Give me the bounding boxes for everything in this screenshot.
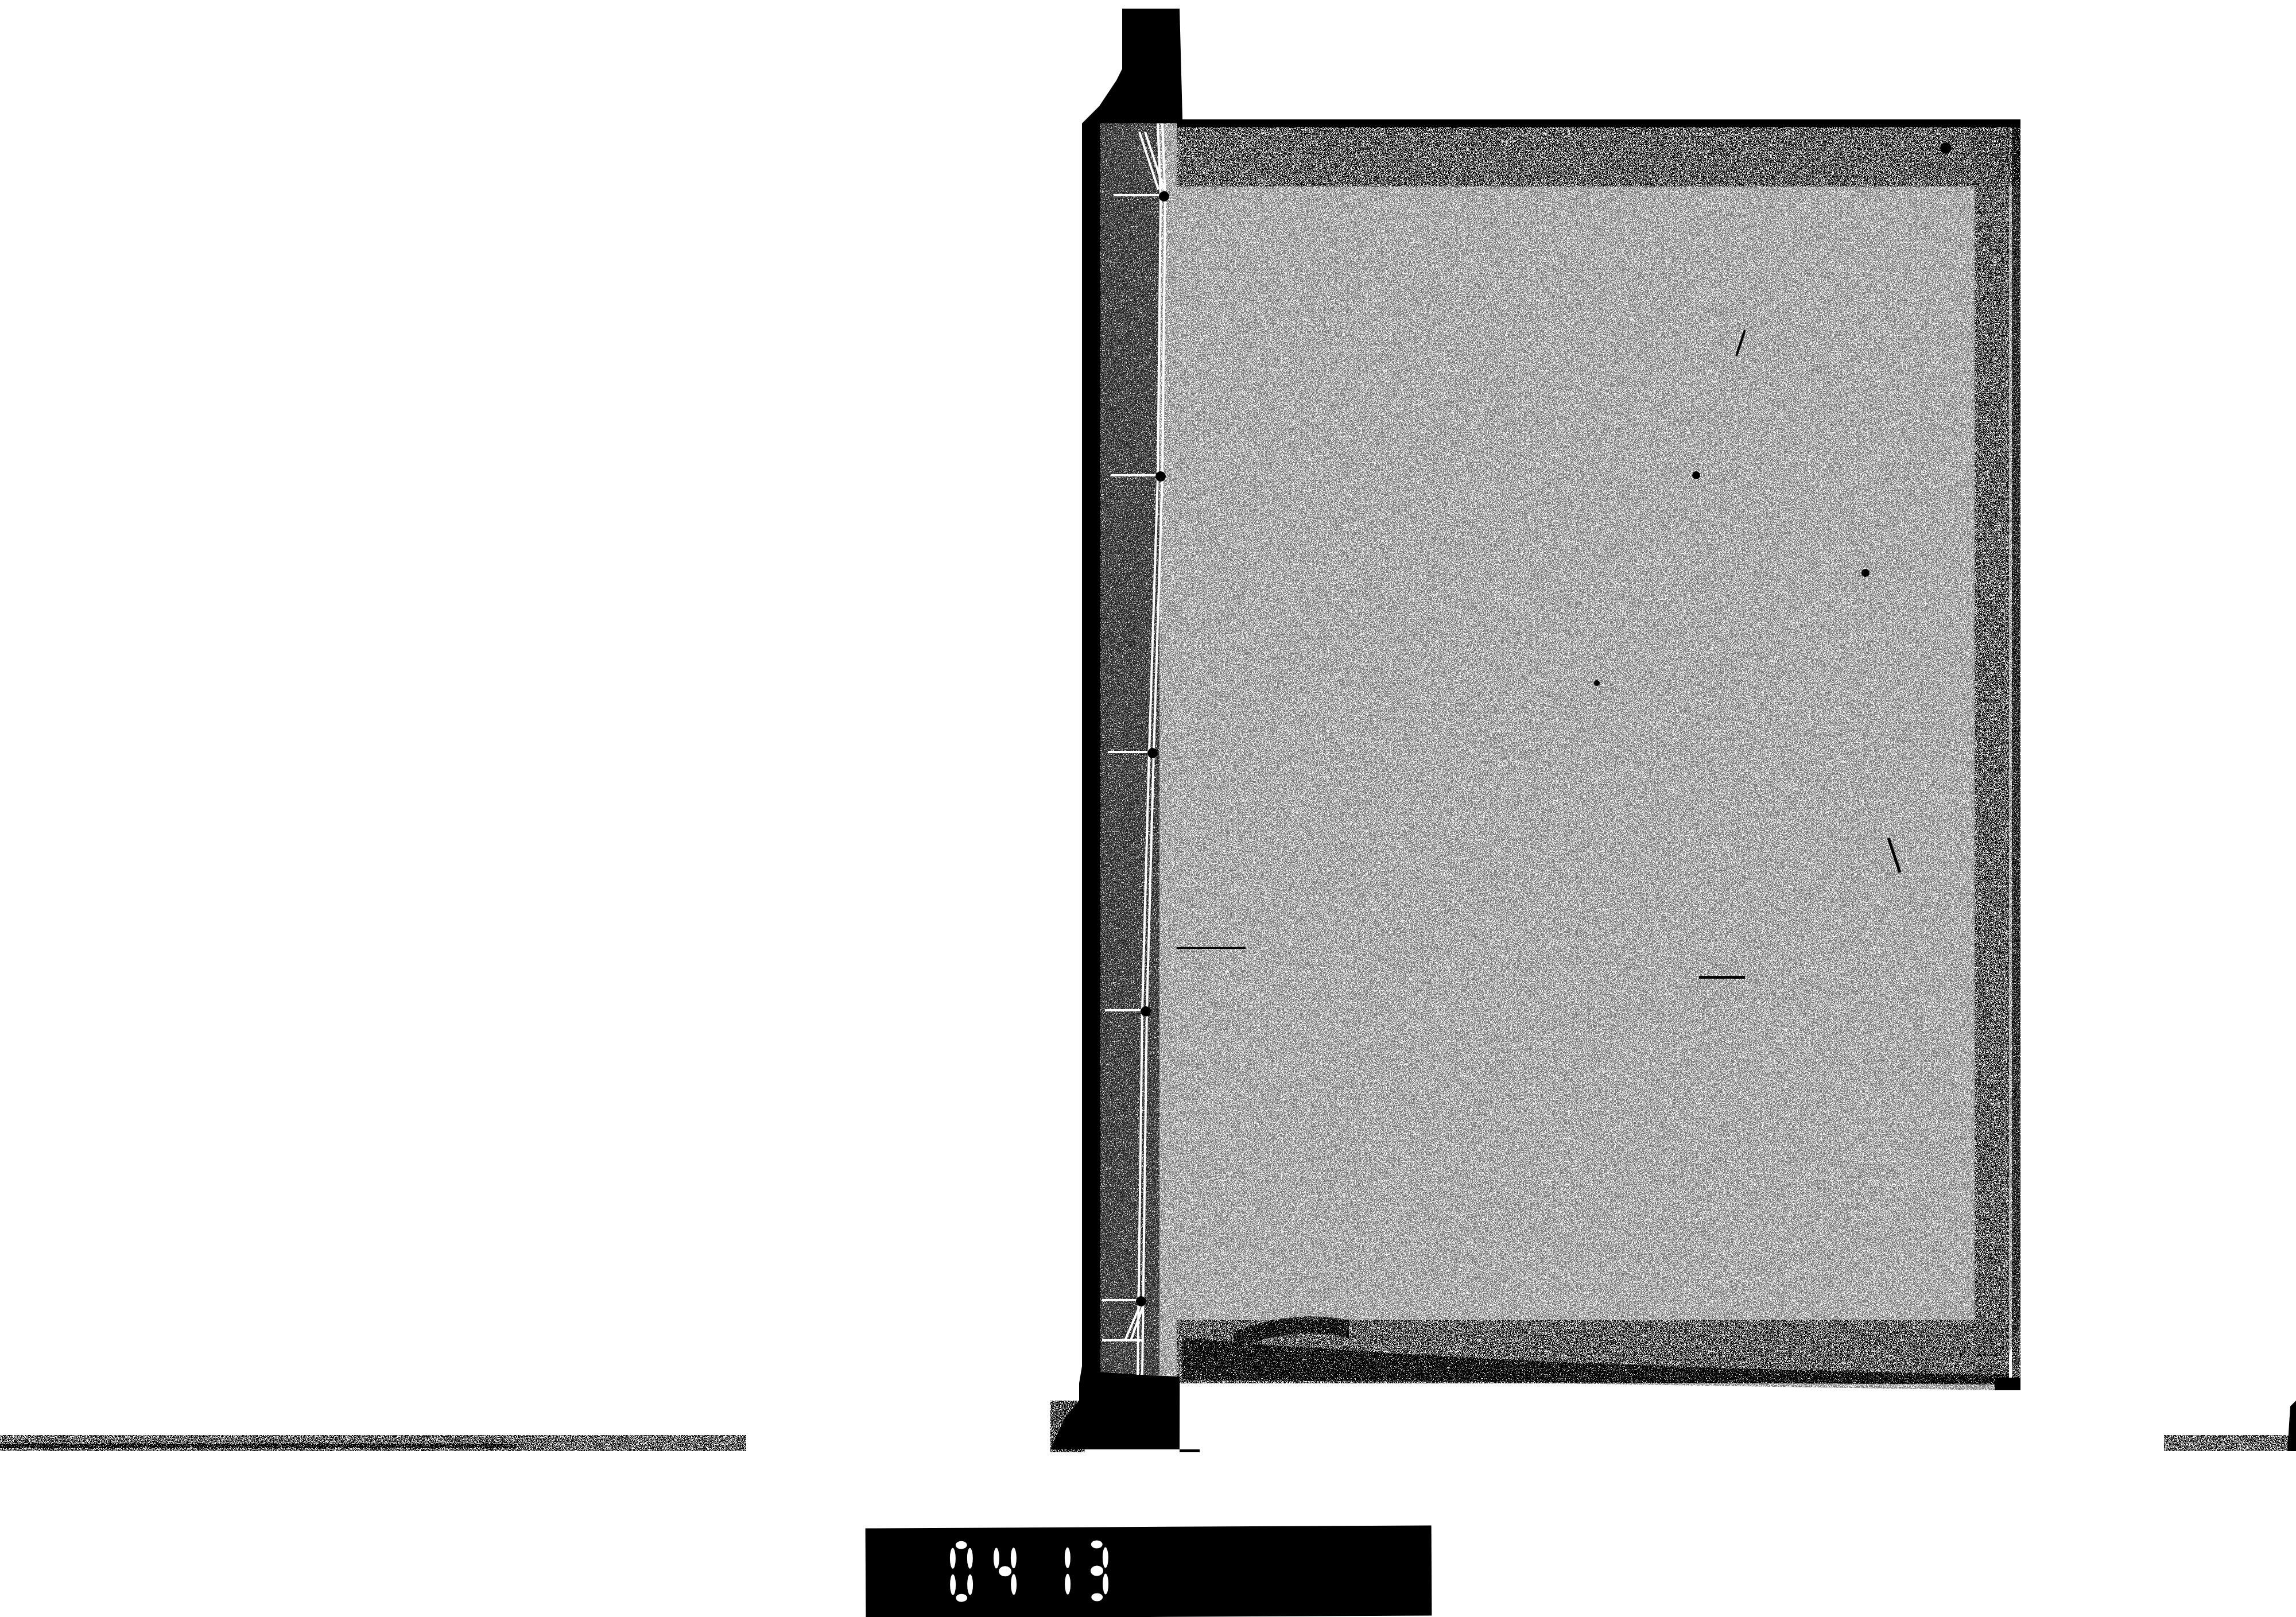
digit-segment xyxy=(1091,1540,1103,1548)
digit-segment xyxy=(950,1575,956,1595)
digit-segment xyxy=(1103,1547,1108,1568)
digit-segment xyxy=(967,1548,973,1569)
digit-segment xyxy=(994,1548,999,1568)
digit-segment xyxy=(967,1575,973,1595)
frame-number-label: 0413 xyxy=(866,1525,1432,1617)
digit-segment xyxy=(1091,1565,1103,1576)
digit-segment xyxy=(1065,1548,1071,1568)
scanned-page xyxy=(0,0,2296,1617)
digit-segment xyxy=(956,1541,967,1549)
seven-segment-digits xyxy=(866,1525,1432,1617)
digit-segment xyxy=(1011,1574,1017,1595)
right-page-edge xyxy=(2164,1401,2296,1451)
digit-segment xyxy=(1065,1574,1071,1595)
digit-segment xyxy=(1091,1593,1103,1601)
digit-segment xyxy=(999,1566,1011,1576)
digit-segment xyxy=(1103,1573,1108,1594)
left-page-edge xyxy=(0,1435,746,1451)
digit-segment xyxy=(950,1548,956,1569)
digit-segment xyxy=(956,1594,967,1602)
book-cover xyxy=(1088,119,2020,1390)
digit-segment xyxy=(1011,1548,1017,1568)
